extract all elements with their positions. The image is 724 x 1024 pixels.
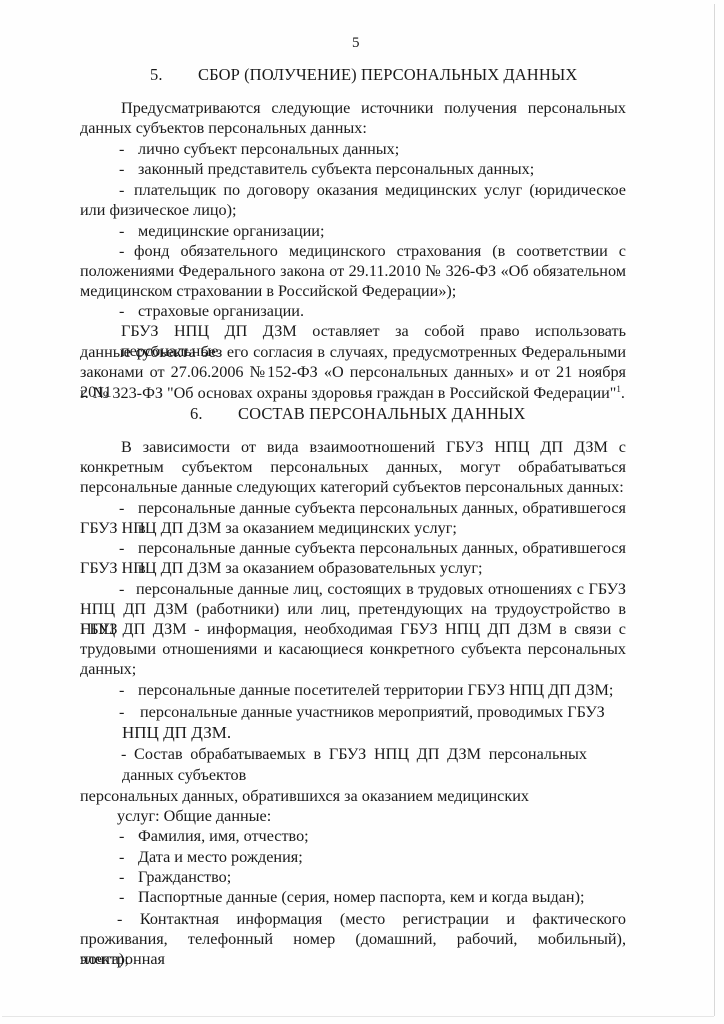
- general-data-item: Гражданство;: [138, 867, 231, 887]
- category-item-dash: -: [119, 680, 124, 700]
- section-6-intro-line-1: В зависимости от вида взаимоотношений ГБ…: [121, 437, 626, 457]
- source-item-dash: -: [119, 221, 124, 241]
- source-item-line-1: плательщик по договору оказания медицинс…: [134, 180, 626, 200]
- contact-line-3: почта);: [80, 949, 129, 969]
- page-number: 5: [352, 34, 360, 52]
- category-item-line-4: трудовыми отношениями и касающиеся конкр…: [80, 639, 626, 659]
- source-item-dash: -: [119, 241, 124, 261]
- category-item-line-2: ГБУЗ НПЦ ДП ДЗМ за оказанием медицинских…: [80, 518, 457, 538]
- category-item-line-1: персональные данные лиц, состоящих в тру…: [136, 579, 626, 599]
- source-item-line-1: фонд обязательного медицинского страхова…: [134, 241, 626, 261]
- source-item: медицинские организации;: [138, 221, 324, 241]
- rights-line-4-end: .: [621, 384, 625, 402]
- general-data-dash: -: [119, 847, 124, 867]
- section-5-number: 5.: [150, 65, 198, 85]
- source-item: законный представитель субъекта персонал…: [138, 159, 534, 179]
- section-5-intro-line-2: данных субъектов персональных данных:: [80, 118, 367, 138]
- source-item: лично субъект персональных данных;: [138, 139, 399, 159]
- general-data-item: Фамилия, имя, отчество;: [138, 826, 309, 846]
- category-item-dash: -: [119, 538, 124, 558]
- general-data-item: Дата и место рождения;: [138, 847, 303, 867]
- source-item-dash: -: [119, 301, 124, 321]
- section-5-title: СБОР (ПОЛУЧЕНИЕ) ПЕРСОНАЛЬНЫХ ДАННЫХ: [198, 65, 577, 84]
- category-item-dash: -: [119, 579, 124, 599]
- source-item-dash: -: [119, 139, 124, 159]
- category-item-line-3: НПЦ ДП ДЗМ - информация, необходимая ГБУ…: [80, 619, 626, 639]
- rights-line-2: данные субъекта без его согласия в случа…: [80, 342, 626, 362]
- section-6-title: СОСТАВ ПЕРСОНАЛЬНЫХ ДАННЫХ: [238, 404, 525, 423]
- category-item-line-2: ГБУЗ НПЦ ДП ДЗМ за оказанием образовател…: [80, 558, 482, 578]
- source-item-line-2: положениями Федерального закона от 29.11…: [80, 261, 626, 281]
- section-6-number: 6.: [190, 404, 238, 424]
- source-item-line-3: медицинском страховании в Российской Фед…: [80, 281, 456, 301]
- rights-line-4: г. № 323-ФЗ "Об основах охраны здоровья …: [80, 383, 625, 403]
- contact-line-2: проживания, телефонный номер (домашний, …: [80, 929, 626, 969]
- source-item: страховые организации.: [138, 301, 304, 321]
- composition-line-3: персональных данных, обратившихся за ока…: [80, 786, 529, 806]
- document-page: 5 5.СБОР (ПОЛУЧЕНИЕ) ПЕРСОНАЛЬНЫХ ДАННЫХ…: [0, 0, 724, 1024]
- general-data-dash: -: [119, 867, 124, 887]
- category-item-line-1: персональные данные участников мероприят…: [140, 702, 605, 722]
- source-item-line-2: или физическое лицо);: [80, 200, 237, 220]
- section-6-intro-line-3: персональные данные следующих категорий …: [80, 477, 624, 497]
- composition-line-2: данных субъектов: [122, 765, 246, 785]
- source-item-dash: -: [119, 180, 124, 200]
- contact-line-1: - Контактная информация (место регистрац…: [117, 909, 626, 929]
- category-item: персональные данные посетителей территор…: [138, 680, 613, 700]
- category-item-dash: -: [119, 702, 124, 722]
- general-data-dash: -: [119, 826, 124, 846]
- section-6-intro-line-2: конкретным субъектом персональных данных…: [80, 457, 626, 477]
- category-item-line-5: данных;: [80, 659, 136, 679]
- general-data-item: Паспортные данные (серия, номер паспорта…: [138, 887, 584, 907]
- composition-line-1: - Состав обрабатываемых в ГБУЗ НПЦ ДП ДЗ…: [121, 744, 587, 764]
- source-item-dash: -: [119, 159, 124, 179]
- section-5-intro-line-1: Предусматриваются следующие источники по…: [121, 98, 626, 118]
- composition-line-4: услуг: Общие данные:: [117, 806, 271, 826]
- category-item-line-2: НПЦ ДП ДЗМ.: [122, 723, 231, 743]
- section-6-heading: 6.СОСТАВ ПЕРСОНАЛЬНЫХ ДАННЫХ: [190, 404, 525, 424]
- section-5-heading: 5.СБОР (ПОЛУЧЕНИЕ) ПЕРСОНАЛЬНЫХ ДАННЫХ: [150, 65, 577, 85]
- rights-line-4-text: г. № 323-ФЗ "Об основах охраны здоровья …: [80, 384, 616, 402]
- page-edge-bottom: [2, 1016, 714, 1017]
- category-item-dash: -: [119, 498, 124, 518]
- general-data-dash: -: [119, 887, 124, 907]
- page-edge-right: [714, 4, 715, 1016]
